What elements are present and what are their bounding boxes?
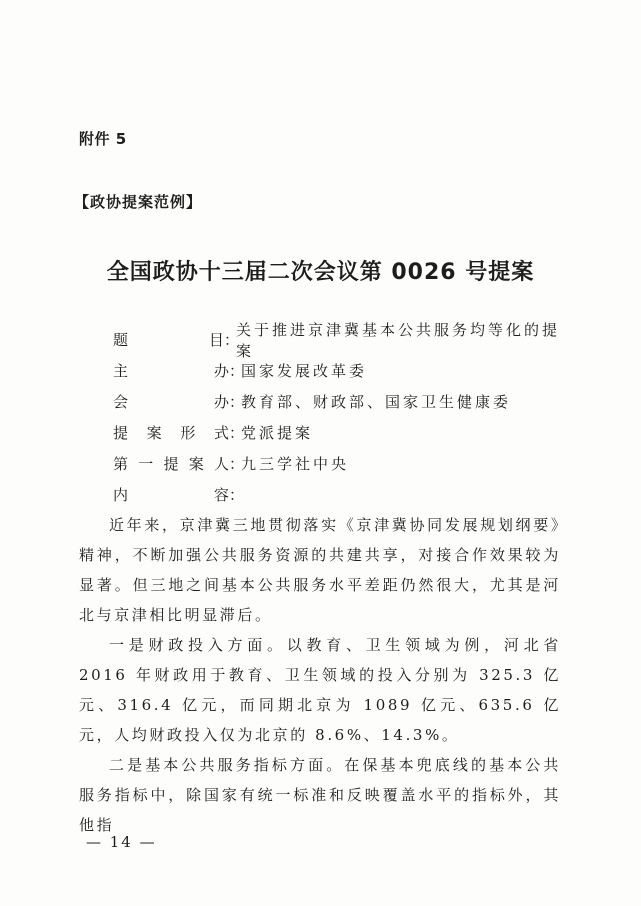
attachment-label: 附件 5 [79, 128, 127, 149]
section-tag: 【政协提案范例】 [74, 191, 202, 212]
page-number: — 14 — [86, 833, 157, 851]
meta-colon: ： [229, 360, 241, 381]
document-title: 全国政协十三届二次会议第 0026 号提案 [0, 255, 641, 286]
meta-label: 会 办 [113, 391, 229, 412]
meta-colon: ： [224, 329, 236, 350]
meta-colon: ： [229, 422, 241, 443]
meta-colon: ： [229, 484, 241, 505]
proposal-metadata: 题 目 ： 关于推进京津冀基本公共服务均等化的提案 主 办 ： 国家发展改革委 … [113, 324, 563, 510]
meta-colon: ： [229, 453, 241, 474]
meta-value: 九三学社中央 [241, 453, 349, 474]
body-paragraph: 一是财政投入方面。以教育、卫生领域为例，河北省 2016 年财政用于教育、卫生领… [79, 630, 561, 750]
meta-row-content: 内 容 ： [113, 479, 563, 510]
meta-row-title: 题 目 ： 关于推进京津冀基本公共服务均等化的提案 [113, 324, 563, 355]
meta-label: 主 办 [113, 360, 229, 381]
body-paragraph: 近年来，京津冀三地贯彻落实《京津冀协同发展规划纲要》精神，不断加强公共服务资源的… [79, 510, 561, 630]
meta-value: 教育部、财政部、国家卫生健康委 [241, 391, 511, 412]
meta-label: 提 案 形 式 [113, 422, 229, 443]
meta-row-first-proposer: 第 一 提 案 人 ： 九三学社中央 [113, 448, 563, 479]
meta-row-co-departments: 会 办 ： 教育部、财政部、国家卫生健康委 [113, 386, 563, 417]
document-page: 附件 5 【政协提案范例】 全国政协十三届二次会议第 0026 号提案 题 目 … [0, 0, 641, 906]
meta-label: 第 一 提 案 人 [113, 453, 229, 474]
meta-label: 题 目 [113, 329, 224, 350]
meta-label: 内 容 [113, 484, 229, 505]
meta-value: 党派提案 [241, 422, 313, 443]
meta-value: 关于推进京津冀基本公共服务均等化的提案 [236, 319, 563, 361]
meta-colon: ： [229, 391, 241, 412]
meta-value: 国家发展改革委 [241, 360, 367, 381]
body-paragraph: 二是基本公共服务指标方面。在保基本兜底线的基本公共服务指标中，除国家有统一标准和… [79, 750, 561, 840]
proposal-body: 近年来，京津冀三地贯彻落实《京津冀协同发展规划纲要》精神，不断加强公共服务资源的… [79, 510, 561, 840]
meta-row-proposal-form: 提 案 形 式 ： 党派提案 [113, 417, 563, 448]
